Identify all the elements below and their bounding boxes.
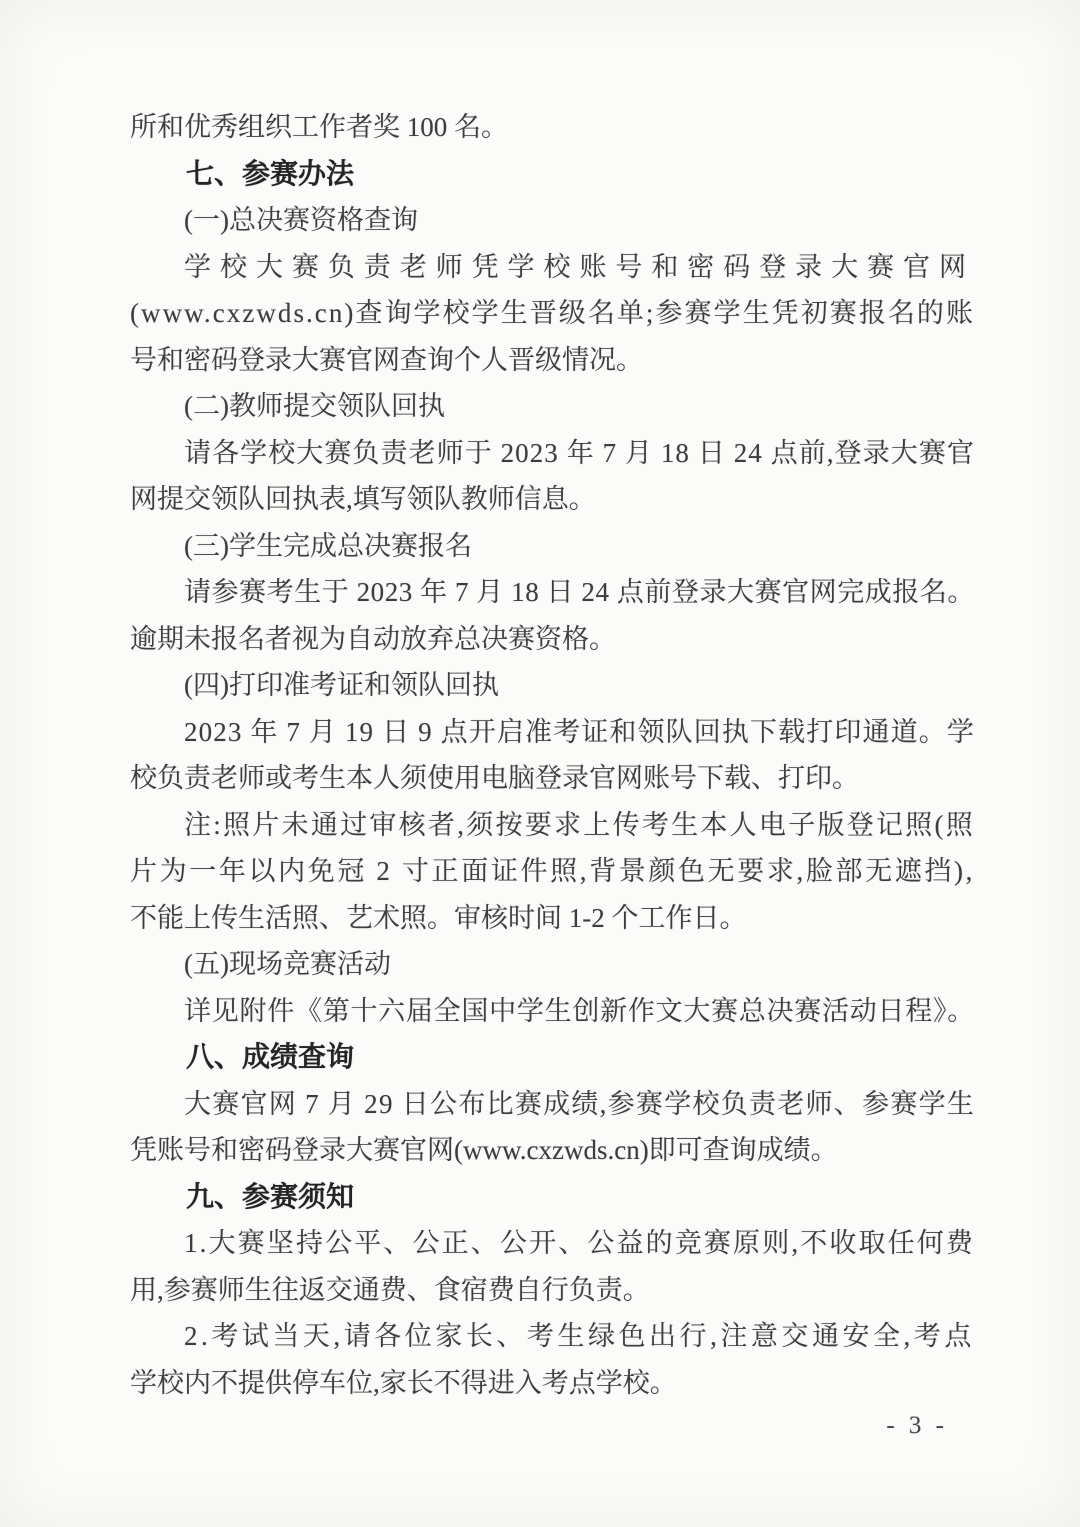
text-line: 逾期未报名者视为自动放弃总决赛资格。 [130, 616, 975, 663]
section-heading: 八、成绩查询 [130, 1034, 975, 1081]
text-line: 片为一年以内免冠 2 寸正面证件照,背景颜色无要求,脸部无遮挡), [130, 848, 975, 895]
document-page: 所和优秀组织工作者奖 100 名。七、参赛办法(一)总决赛资格查询学校大赛负责老… [0, 0, 1080, 1527]
text-line: (一)总决赛资格查询 [130, 197, 975, 244]
text-line: 用,参赛师生往返交通费、食宿费自行负责。 [130, 1267, 975, 1314]
document-body: 所和优秀组织工作者奖 100 名。七、参赛办法(一)总决赛资格查询学校大赛负责老… [130, 104, 975, 1406]
text-line: 学校内不提供停车位,家长不得进入考点学校。 [130, 1360, 975, 1407]
text-line: 凭账号和密码登录大赛官网(www.cxzwds.cn)即可查询成绩。 [130, 1127, 975, 1174]
text-line: 2.考试当天,请各位家长、考生绿色出行,注意交通安全,考点 [130, 1313, 975, 1360]
text-line: 网提交领队回执表,填写领队教师信息。 [130, 476, 975, 523]
text-line: 注:照片未通过审核者,须按要求上传考生本人电子版登记照(照 [130, 802, 975, 849]
text-line: 不能上传生活照、艺术照。审核时间 1-2 个工作日。 [130, 895, 975, 942]
text-line: (四)打印准考证和领队回执 [130, 662, 975, 709]
text-line: (www.cxzwds.cn)查询学校学生晋级名单;参赛学生凭初赛报名的账 [130, 290, 975, 337]
text-line: 请参赛考生于 2023 年 7 月 18 日 24 点前登录大赛官网完成报名。 [130, 569, 975, 616]
text-line: 所和优秀组织工作者奖 100 名。 [130, 104, 975, 151]
text-line: 号和密码登录大赛官网查询个人晋级情况。 [130, 337, 975, 384]
text-line: (五)现场竞赛活动 [130, 941, 975, 988]
text-line: 大赛官网 7 月 29 日公布比赛成绩,参赛学校负责老师、参赛学生 [130, 1081, 975, 1128]
text-line: 2023 年 7 月 19 日 9 点开启准考证和领队回执下载打印通道。学 [130, 709, 975, 756]
text-line: 校负责老师或考生本人须使用电脑登录官网账号下载、打印。 [130, 755, 975, 802]
page-number: - 3 - [886, 1412, 948, 1440]
text-line: 详见附件《第十六届全国中学生创新作文大赛总决赛活动日程》。 [130, 988, 975, 1035]
text-line: 学校大赛负责老师凭学校账号和密码登录大赛官网 [130, 244, 975, 291]
text-line: 1.大赛坚持公平、公正、公开、公益的竞赛原则,不收取任何费 [130, 1220, 975, 1267]
text-line: (二)教师提交领队回执 [130, 383, 975, 430]
section-heading: 九、参赛须知 [130, 1174, 975, 1221]
text-line: (三)学生完成总决赛报名 [130, 523, 975, 570]
section-heading: 七、参赛办法 [130, 151, 975, 198]
text-line: 请各学校大赛负责老师于 2023 年 7 月 18 日 24 点前,登录大赛官 [130, 430, 975, 477]
